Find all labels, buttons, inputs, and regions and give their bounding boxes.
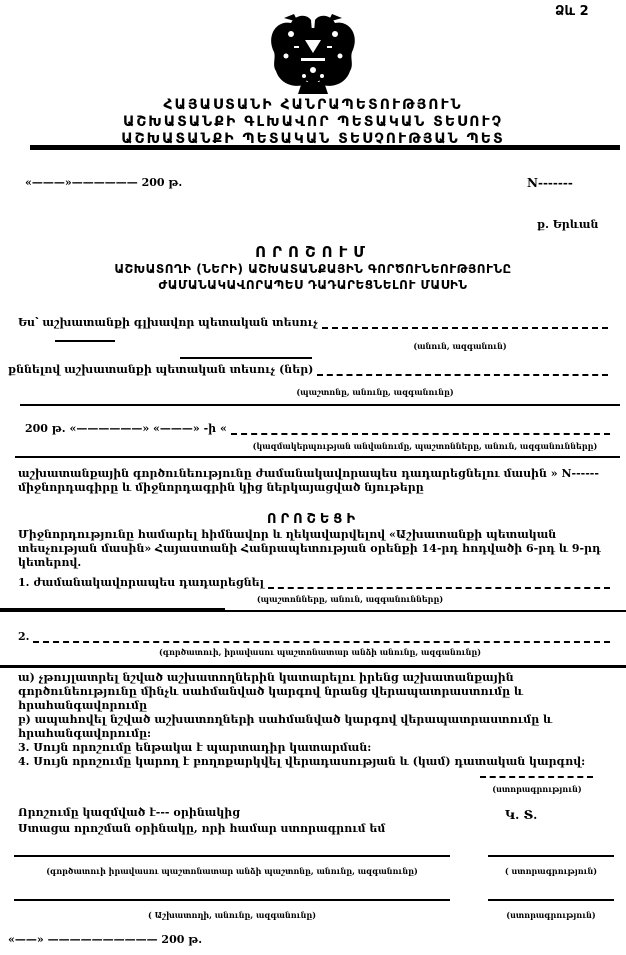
decision-basis: Միջնորդությունը համարել հիմնավոր և ղեկավ…	[18, 528, 616, 570]
examining-fill-line	[317, 362, 608, 376]
inspector-signature-caption: (ստորագրություն)	[467, 784, 607, 794]
date-blank: «———»—————— 200 թ.	[25, 176, 182, 189]
organization-fill-line	[231, 421, 610, 435]
section-rule-3-thick-segment	[0, 608, 225, 612]
employer-line	[14, 855, 450, 857]
city-label: ք. Երևան	[537, 218, 598, 231]
copies-line: Որոշումը կազմված է--- օրինակից	[18, 806, 240, 820]
examining-row: քննելով աշխատանքի պետական տեսուչ (ներ)	[8, 362, 608, 376]
inspector-intro-row: Ես՝ աշխատանքի գլխավոր պետական տեսուչ	[18, 315, 608, 329]
header-rule	[30, 145, 620, 150]
stray-line	[55, 340, 115, 342]
decision-item-b: բ) ապահովել նշված աշխատողների սահմանված …	[18, 713, 620, 741]
inspector-signature-line	[480, 776, 593, 778]
decision-item-4: 4. Սույն որոշումը կարող է բողոքարկվել վե…	[18, 755, 620, 769]
scanned-form-page: Ձև 2	[0, 0, 626, 955]
seal-mark: Կ. Տ.	[505, 808, 537, 822]
employer-signature-line	[488, 855, 614, 857]
document-subtitle-2: ԺԱՄԱՆԱԿԱՎՈՐԱՊԵՍ ԴԱԴԱՐԵՑՆԵԼՈՒ ՄԱՍԻՆ	[0, 278, 626, 292]
inspector-name-fill-line	[322, 315, 608, 329]
decision-item2-row: 2.	[18, 629, 610, 643]
decision-item2-label: 2.	[18, 630, 29, 643]
ministry-header: ՀԱՅԱՍՏԱՆԻ ՀԱՆՐԱՊԵՏՈՒԹՅՈՒՆ ԱՇԽԱՏԱՆՔԻ ԳԼԽԱ…	[0, 97, 626, 148]
employee-signature-caption: (ստորագրություն)	[488, 910, 614, 920]
employee-signature-line	[488, 899, 614, 901]
section-rule-2	[15, 456, 620, 458]
decision-items-block: ա) չթույլատրել նշված աշխատողներին կատարե…	[18, 671, 620, 769]
employee-caption: ( Աշխատողի, անունը, ազգանունը)	[14, 910, 450, 920]
decision-item1-row: 1. ժամանակավորապես դադարեցնել	[18, 575, 610, 589]
item2-fill-line	[33, 629, 610, 643]
employer-caption: (գործատուի իրավասու պաշտոնատար անձի պաշտ…	[14, 866, 450, 876]
coat-of-arms-icon	[264, 12, 362, 102]
item1-fill-line	[268, 575, 610, 589]
decision-item-3: 3. Սույն որոշումը ենթակա է պարտադիր կատա…	[18, 741, 620, 755]
examining-caption: (պաշտոնը, անունը, ազգանունը)	[230, 387, 520, 397]
organization-row: 200 թ. «——————» «———» -ի «	[25, 421, 610, 435]
section-rule-1	[20, 404, 620, 406]
decision-number-blank: N-------	[527, 176, 573, 190]
decision-item-a: ա) չթույլատրել նշված աշխատողներին կատարե…	[18, 671, 620, 713]
organization-caption: (կազմակերպության անվանումը, պաշտոնները, …	[240, 441, 610, 451]
form-number: Ձև 2	[555, 4, 589, 19]
item1-caption: (պաշտոնները, անուն, ազգանունները)	[210, 594, 490, 604]
received-line: Ստացա որոշման օրինակը, որի համար ստորագր…	[18, 822, 385, 836]
petition-paragraph: աշխատանքային գործունեությունը ժամանակավո…	[18, 467, 618, 495]
header-line-chief-inspector: ԱՇԽԱՏԱՆՔԻ ԳԼԽԱՎՈՐ ՊԵՏԱԿԱՆ ՏԵՍՈՒՉ	[0, 114, 626, 131]
employee-line	[14, 899, 450, 901]
document-subtitle-1: ԱՇԽԱՏՈՂԻ (ՆԵՐԻ) ԱՇԽԱՏԱՆՔԱՅԻՆ ԳՈՐԾՈՒՆԵՈՒԹ…	[0, 262, 626, 276]
document-title: ՈՐՈՇՈՒՄ	[0, 243, 626, 261]
inspector-caption: (անուն, ազգանուն)	[370, 341, 550, 351]
decision-item1-label: 1. ժամանակավորապես դադարեցնել	[18, 576, 264, 589]
employer-signature-caption: ( ստորագրություն)	[488, 866, 614, 876]
section-rule-4	[0, 665, 626, 668]
inspector-intro-label: Ես՝ աշխատանքի գլխավոր պետական տեսուչ	[18, 316, 318, 329]
header-line-republic: ՀԱՅԱՍՏԱՆԻ ՀԱՆՐԱՊԵՏՈՒԹՅՈՒՆ	[0, 97, 626, 114]
examining-overline	[180, 357, 312, 359]
examining-label: քննելով աշխատանքի պետական տեսուչ (ներ)	[8, 363, 313, 376]
decision-heading: ՈՐՈՇԵՑԻ	[0, 512, 626, 527]
item2-caption: (գործատուի, իրավասու պաշտոնատար անձի անո…	[110, 647, 530, 657]
organization-date-prefix: 200 թ. «——————» «———» -ի «	[25, 422, 227, 435]
bottom-date-blank: «——» —————————— 200 թ.	[8, 933, 202, 946]
